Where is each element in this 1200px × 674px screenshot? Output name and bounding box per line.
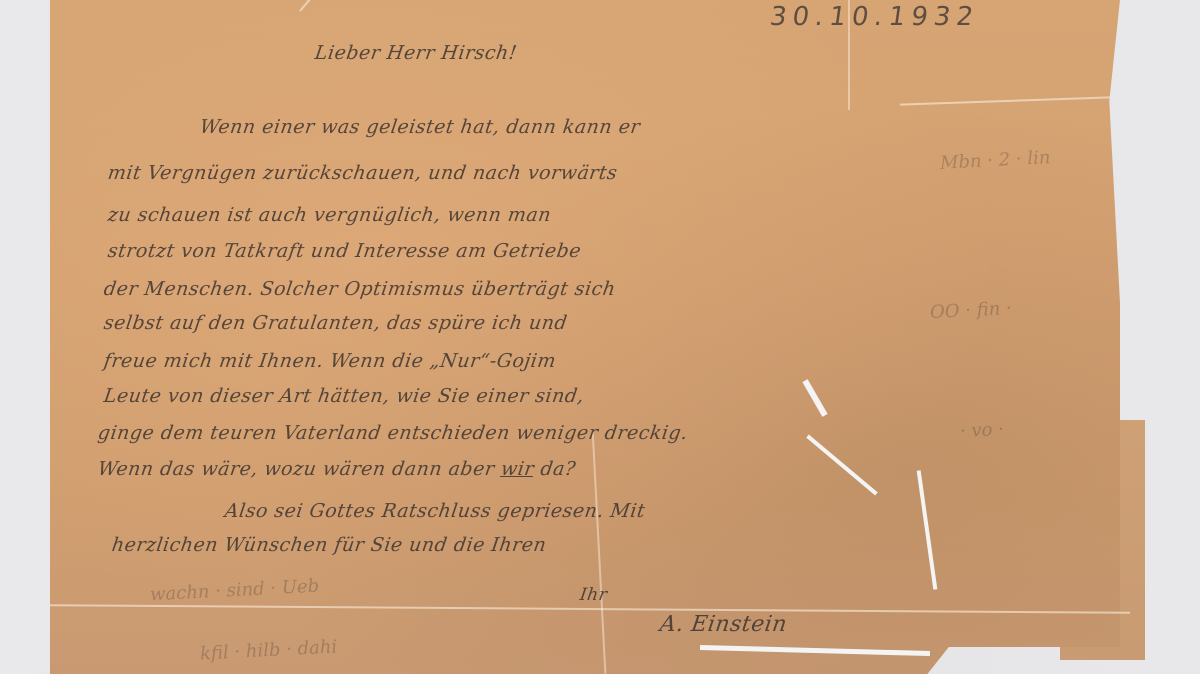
letter-line: zu schauen ist auch vergnüglich, wenn ma… (106, 204, 552, 226)
bleed-through-text: · vo · (959, 419, 1004, 442)
letter-salutation: Lieber Herr Hirsch! (313, 42, 518, 64)
letter-line: freue mich mit Ihnen. Wenn die „Nur“-Goj… (102, 350, 557, 372)
bleed-through-text: OO · fin · (930, 298, 1013, 323)
letter-line: der Menschen. Solcher Optimismus überträ… (102, 278, 617, 300)
letter-line: herzlichen Wünschen für Sie und die Ihre… (110, 534, 547, 556)
letter-closing: Ihr (579, 585, 609, 605)
letter-line: ginge dem teuren Vaterland entschieden w… (96, 422, 689, 444)
letter-line: Wenn einer was geleistet hat, dann kann … (198, 116, 641, 138)
letter-line: mit Vergnügen zurückschauen, und nach vo… (106, 162, 618, 184)
letter-line: strotzt von Tatkraft und Interesse am Ge… (106, 240, 582, 262)
letter-line: Wenn das wäre, wozu wären dann aber wir … (96, 458, 577, 480)
letter-line: Leute von dieser Art hätten, wie Sie ein… (102, 385, 585, 407)
underlined-word: wir (500, 458, 536, 480)
letter-date: 30.10.1932 (768, 2, 981, 32)
letter-signature: A. Einstein (658, 612, 789, 637)
letter-line: selbst auf den Gratulanten, das spüre ic… (102, 312, 568, 334)
letter-line-tail: da? (539, 458, 577, 480)
letter-line: Also sei Gottes Ratschluss gepriesen. Mi… (223, 500, 646, 522)
letter-line-text: Wenn das wäre, wozu wären dann aber (96, 458, 496, 480)
